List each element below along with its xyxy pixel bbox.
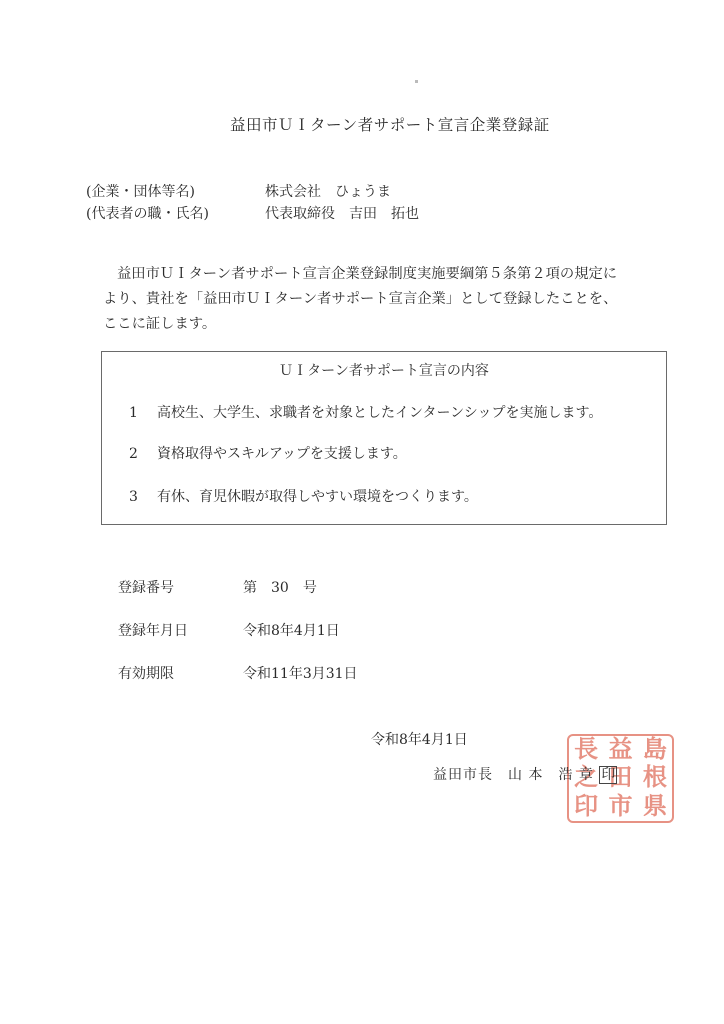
certification-text: 益田市ＵＩターン者サポート宣言企業登録制度実施要綱第５条第２項の規定に より、貴…: [103, 262, 703, 337]
expiry-label: 有効期限: [118, 663, 174, 683]
seal-char: 県: [638, 793, 672, 821]
body-line: 益田市ＵＩターン者サポート宣言企業登録制度実施要綱第５条第２項の規定に: [103, 262, 703, 287]
page-title: 益田市ＵＩターン者サポート宣言企業登録証: [230, 113, 550, 135]
declaration-item: 1高校生、大学生、求職者を対象としたインターンシップを実施します。: [129, 402, 602, 422]
registration-number-label: 登録番号: [118, 577, 174, 597]
registration-date-label: 登録年月日: [118, 620, 188, 640]
company-label: (企業・団体等名): [86, 181, 195, 201]
scan-speck: [415, 80, 418, 83]
registration-number-value: 第 30 号: [243, 577, 317, 597]
issue-date: 令和8年4月1日: [371, 729, 468, 749]
item-text: 高校生、大学生、求職者を対象としたインターンシップを実施します。: [157, 405, 602, 421]
seal-char: 長: [569, 736, 603, 764]
item-text: 有休、育児休暇が取得しやすい環境をつくります。: [157, 489, 478, 505]
signer-name: 益田市長 山 本 浩 章: [433, 767, 594, 783]
declaration-box: ＵＩターン者サポート宣言の内容 1高校生、大学生、求職者を対象としたインターンシ…: [101, 351, 667, 525]
seal-mark: 印: [599, 766, 617, 784]
item-number: 2: [129, 446, 157, 462]
seal-char: 島: [638, 736, 672, 764]
seal-char: 市: [603, 793, 637, 821]
registration-date-value: 令和8年4月1日: [243, 620, 340, 640]
declaration-item: 3有休、育児休暇が取得しやすい環境をつくります。: [129, 486, 478, 506]
declaration-item: 2資格取得やスキルアップを支援します。: [129, 443, 407, 463]
representative-label: (代表者の職・氏名): [86, 203, 209, 223]
seal-char: 根: [638, 764, 672, 792]
seal-char: 印: [569, 793, 603, 821]
seal-char: 益: [603, 736, 637, 764]
company-name: 株式会社 ひょうま: [265, 181, 391, 201]
signatory: 益田市長 山 本 浩 章 印: [433, 764, 617, 784]
expiry-value: 令和11年3月31日: [243, 663, 358, 683]
representative-name: 代表取締役 吉田 拓也: [265, 203, 419, 223]
body-line: ここに証します。: [103, 312, 703, 337]
item-number: 1: [129, 405, 157, 421]
item-text: 資格取得やスキルアップを支援します。: [157, 446, 407, 462]
item-number: 3: [129, 489, 157, 505]
body-line: より、貴社を「益田市ＵＩターン者サポート宣言企業」として登録したことを、: [103, 287, 703, 312]
declaration-title: ＵＩターン者サポート宣言の内容: [102, 360, 666, 380]
